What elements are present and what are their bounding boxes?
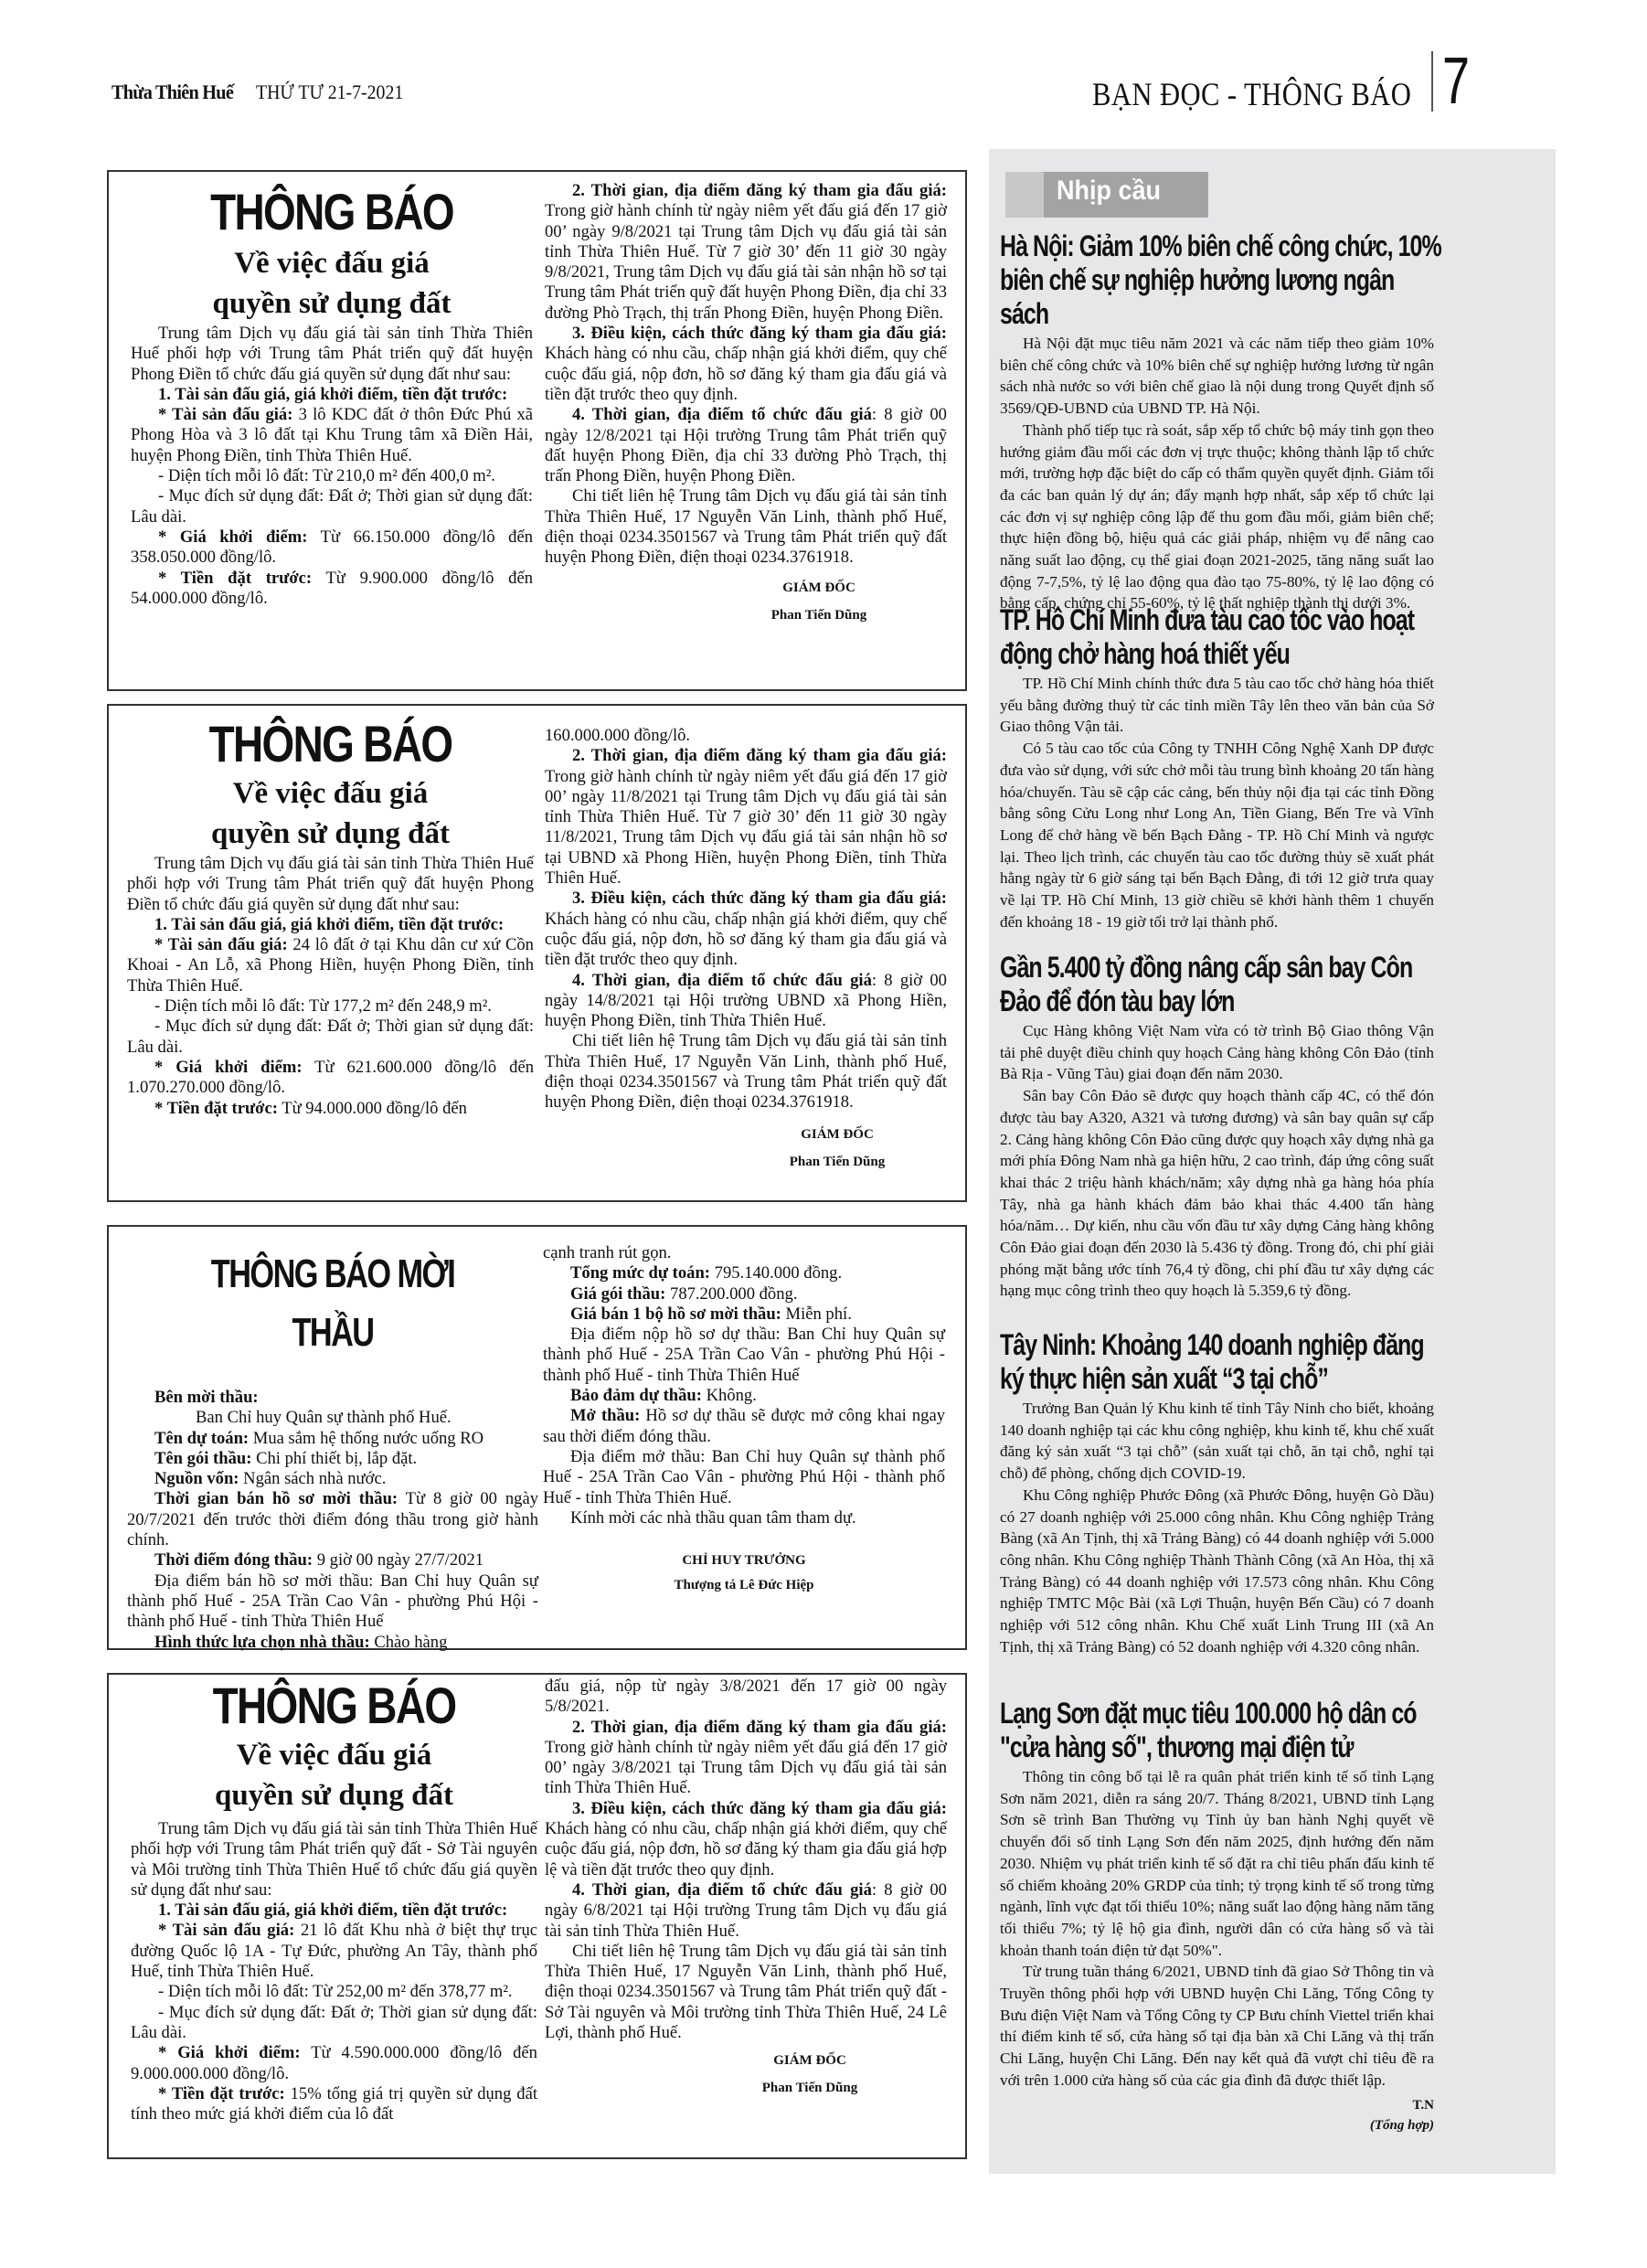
news-sidebar: Nhịp cầu Hà Nội: Giảm 10% biên chế công … — [989, 149, 1556, 2174]
inviter-value: Ban Chỉ huy Quân sự thành phố Huế. — [127, 1408, 538, 1428]
document-price: Giá bán 1 bộ hồ sơ mời thầu: Miễn phí. — [543, 1304, 945, 1325]
notice-subtitle: Về việc đấu giá — [131, 243, 533, 283]
contact-paragraph: Chi tiết liên hệ Trung tâm Dịch vụ đấu g… — [545, 486, 947, 568]
page-header: Thừa Thiên Huế THỨ TƯ 21-7-2021 BẠN ĐỌC … — [0, 0, 1647, 119]
notice-subtitle: Về việc đấu giá — [131, 1735, 537, 1775]
signature-block: GIÁM ĐỐC Phan Tiến Dũng — [545, 2047, 947, 2102]
registration-paragraph: 2. Thời gian, địa điểm đăng ký tham gia … — [545, 181, 947, 324]
intro-paragraph: Trung tâm Dịch vụ đấu giá tài sản tỉnh T… — [127, 854, 534, 915]
notice-auction-1: THÔNG BÁO Về việc đấu giá quyền sử dụng … — [107, 170, 967, 691]
news-article: Tây Ninh: Khoảng 140 doanh nghiệp đăng k… — [1000, 1328, 1434, 1657]
notice-tender: THÔNG BÁO MỜI THẦU Bên mời thầu: Ban Chỉ… — [107, 1225, 967, 1650]
section-tag-label: Nhịp cầu — [1057, 176, 1161, 207]
contact-paragraph: Chi tiết liên hệ Trung tâm Dịch vụ đấu g… — [545, 1031, 947, 1113]
author: T.N — [1000, 2095, 1434, 2115]
notice-title: THÔNG BÁO — [167, 1677, 501, 1735]
start-price-paragraph: * Giá khởi điểm: Từ 621.600.000 đồng/lô … — [127, 1058, 534, 1099]
article-paragraph: Thành phố tiếp tục rà soát, sắp xếp tổ c… — [1000, 420, 1434, 614]
signature-block: GIÁM ĐỐC Phan Tiến Dũng — [545, 1121, 947, 1176]
notice-subtitle: quyền sử dụng đất — [131, 1775, 537, 1815]
notice-2-right-column: 160.000.000 đồng/lô. 2. Thời gian, địa đ… — [545, 726, 947, 1176]
conditions-paragraph: 3. Điều kiện, cách thức đăng ký tham gia… — [545, 324, 947, 405]
inviter-label: Bên mời thầu: — [127, 1388, 538, 1408]
tender-title: THÔNG BÁO MỜI THẦU — [173, 1245, 494, 1362]
news-article: Gần 5.400 tỷ đồng nâng cấp sân bay Côn Đ… — [1000, 951, 1434, 1302]
registration-paragraph: 2. Thời gian, địa điểm đăng ký tham gia … — [545, 746, 947, 889]
section-heading: 1. Tài sản đấu giá, giá khởi điểm, tiền … — [131, 1901, 537, 1921]
deposit-continued: 160.000.000 đồng/lô. — [545, 726, 947, 746]
deposit-paragraph: * Tiền đặt trước: Từ 9.900.000 đồng/lô đ… — [131, 569, 533, 610]
article-paragraph: Khu Công nghiệp Phước Đông (xã Phước Đôn… — [1000, 1485, 1434, 1658]
article-headline: TP. Hồ Chí Minh đưa tàu cao tốc vào hoạt… — [1000, 603, 1442, 671]
bid-opening: Mở thầu: Hồ sơ dự thầu sẽ được mở công k… — [543, 1406, 945, 1447]
news-article: TP. Hồ Chí Minh đưa tàu cao tốc vào hoạt… — [1000, 603, 1434, 932]
article-paragraph: Hà Nội đặt mục tiêu năm 2021 và các năm … — [1000, 333, 1434, 420]
notice-subtitle: quyền sử dụng đất — [127, 814, 534, 854]
deposit-continued: đấu giá, nộp từ ngày 3/8/2021 đến 17 giờ… — [545, 1677, 947, 1718]
article-paragraph: Từ trung tuần tháng 6/2021, UBND tỉnh đã… — [1000, 1961, 1434, 2091]
contact-paragraph: Chi tiết liên hệ Trung tâm Dịch vụ đấu g… — [545, 1942, 947, 2043]
source-note: (Tổng hợp) — [1000, 2115, 1434, 2135]
bid-guarantee: Bảo đảm dự thầu: Không. — [543, 1386, 945, 1406]
notice-2-left-column: THÔNG BÁO Về việc đấu giá quyền sử dụng … — [127, 715, 534, 1119]
tender-left-column: THÔNG BÁO MỜI THẦU Bên mời thầu: Ban Chỉ… — [127, 1245, 538, 1653]
section-tag: Nhịp cầu — [1005, 172, 1208, 218]
notice-title: THÔNG BÁO — [164, 715, 497, 773]
package-name: Tên gói thầu: Chi phí thiết bị, lắp đặt. — [127, 1449, 538, 1469]
notice-1-right-column: 2. Thời gian, địa điểm đăng ký tham gia … — [545, 181, 947, 629]
submit-place: Địa điểm nộp hồ sơ dự thầu: Ban Chỉ huy … — [543, 1325, 945, 1386]
asset-paragraph: * Tài sản đấu giá: 3 lô KDC đất ở thôn Đ… — [131, 405, 533, 466]
article-paragraph: Cục Hàng không Việt Nam vừa có tờ trình … — [1000, 1020, 1434, 1085]
signature-block: GIÁM ĐỐC Phan Tiến Dũng — [545, 574, 947, 629]
sale-time: Thời gian bán hồ sơ mời thầu: Từ 8 giờ 0… — [127, 1489, 538, 1550]
start-price-paragraph: * Giá khởi điểm: Từ 66.150.000 đồng/lô đ… — [131, 527, 533, 569]
asset-paragraph: * Tài sản đấu giá: 24 lô đất ở tại Khu d… — [127, 935, 534, 996]
signer-name: Phan Tiến Dũng — [728, 1148, 947, 1176]
signer-title: GIÁM ĐỐC — [673, 2047, 947, 2074]
auction-time-paragraph: 4. Thời gian, địa điểm tổ chức đấu giá: … — [545, 971, 947, 1032]
signer-name: Thượng tá Lê Đức Hiệp — [543, 1574, 945, 1596]
purpose-paragraph: - Mục đích sử dụng đất: Đất ở; Thời gian… — [131, 486, 533, 527]
conditions-paragraph: 3. Điều kiện, cách thức đăng ký tham gia… — [545, 889, 947, 970]
article-paragraph: Sân bay Côn Đảo sẽ được quy hoạch thành … — [1000, 1085, 1434, 1302]
notice-1-left-column: THÔNG BÁO Về việc đấu giá quyền sử dụng … — [131, 183, 533, 609]
purpose-paragraph: - Mục đích sử dụng đất: Đất ở; Thời gian… — [131, 2003, 537, 2044]
tender-right-column: cạnh tranh rút gọn. Tổng mức dự toán: 79… — [543, 1243, 945, 1596]
notice-subtitle: Về việc đấu giá — [127, 773, 534, 814]
invitation: Kính mời các nhà thầu quan tâm tham dự. — [543, 1508, 945, 1528]
notice-title: THÔNG BÁO — [167, 183, 497, 241]
selection-method: Hình thức lựa chọn nhà thầu: Chào hàng — [127, 1633, 538, 1653]
area-paragraph: - Diện tích mỗi lô đất: Từ 252,00 m² đến… — [131, 1982, 537, 2002]
notice-3-right-column: đấu giá, nộp từ ngày 3/8/2021 đến 17 giờ… — [545, 1677, 947, 2102]
signer-title: CHỈ HUY TRƯỞNG — [543, 1547, 945, 1574]
start-price-paragraph: * Giá khởi điểm: Từ 4.590.000.000 đồng/l… — [131, 2043, 537, 2084]
intro-paragraph: Trung tâm Dịch vụ đấu giá tài sản tỉnh T… — [131, 1819, 537, 1901]
close-time: Thời điểm đóng thầu: 9 giờ 00 ngày 27/7/… — [127, 1550, 538, 1571]
header-divider — [1431, 51, 1433, 112]
deposit-paragraph: * Tiền đặt trước: 15% tổng giá trị quyền… — [131, 2084, 537, 2125]
article-paragraph: Có 5 tàu cao tốc của Công ty TNHH Công N… — [1000, 738, 1434, 932]
section-heading: 1. Tài sản đấu giá, giá khởi điểm, tiền … — [127, 915, 534, 935]
section-title: BẠN ĐỌC - THÔNG BÁO — [1092, 75, 1411, 113]
registration-paragraph: 2. Thời gian, địa điểm đăng ký tham gia … — [545, 1718, 947, 1799]
area-paragraph: - Diện tích mỗi lô đất: Từ 210,0 m² đến … — [131, 466, 533, 486]
opening-place: Địa điểm mở thầu: Ban Chỉ huy Quân sự th… — [543, 1447, 945, 1508]
article-paragraph: Trưởng Ban Quản lý Khu kinh tế tỉnh Tây … — [1000, 1398, 1434, 1485]
signer-name: Phan Tiến Dũng — [673, 2074, 947, 2102]
signature-block: CHỈ HUY TRƯỞNG Thượng tá Lê Đức Hiệp — [543, 1547, 945, 1596]
article-headline: Gần 5.400 tỷ đồng nâng cấp sân bay Côn Đ… — [1000, 951, 1442, 1018]
issue-date: THỨ TƯ 21-7-2021 — [256, 80, 403, 104]
paper-name: Thừa Thiên Huế — [112, 80, 233, 104]
article-credit: T.N (Tổng hợp) — [1000, 2095, 1434, 2135]
notice-auction-2: THÔNG BÁO Về việc đấu giá quyền sử dụng … — [107, 704, 967, 1202]
article-headline: Lạng Sơn đặt mục tiêu 100.000 hộ dân có … — [1000, 1697, 1442, 1764]
article-paragraph: Thông tin công bố tại lễ ra quân phát tr… — [1000, 1766, 1434, 1961]
area-paragraph: - Diện tích mỗi lô đất: Từ 177,2 m² đến … — [127, 996, 534, 1017]
deposit-paragraph: * Tiền đặt trước: Từ 94.000.000 đồng/lô … — [127, 1099, 534, 1119]
section-heading: 1. Tài sản đấu giá, giá khởi điểm, tiền … — [131, 385, 533, 405]
notice-subtitle: quyền sử dụng đất — [131, 283, 533, 324]
article-paragraph: TP. Hồ Chí Minh chính thức đưa 5 tàu cao… — [1000, 673, 1434, 738]
conditions-paragraph: 3. Điều kiện, cách thức đăng ký tham gia… — [545, 1799, 947, 1880]
estimate-name: Tên dự toán: Mua sắm hệ thống nước uống … — [127, 1429, 538, 1449]
notice-auction-3: THÔNG BÁO Về việc đấu giá quyền sử dụng … — [107, 1673, 967, 2159]
auction-time-paragraph: 4. Thời gian, địa điểm tổ chức đấu giá: … — [545, 405, 947, 486]
signer-name: Phan Tiến Dũng — [691, 602, 947, 629]
asset-paragraph: * Tài sản đấu giá: 21 lô đất Khu nhà ở b… — [131, 1921, 537, 1982]
article-headline: Hà Nội: Giảm 10% biên chế công chức, 10%… — [1000, 229, 1442, 331]
news-article: Hà Nội: Giảm 10% biên chế công chức, 10%… — [1000, 229, 1434, 614]
article-headline: Tây Ninh: Khoảng 140 doanh nghiệp đăng k… — [1000, 1328, 1442, 1396]
method-continued: cạnh tranh rút gọn. — [543, 1243, 945, 1263]
fund-source: Nguồn vốn: Ngân sách nhà nước. — [127, 1469, 538, 1489]
purpose-paragraph: - Mục đích sử dụng đất: Đất ở; Thời gian… — [127, 1017, 534, 1058]
auction-time-paragraph: 4. Thời gian, địa điểm tổ chức đấu giá: … — [545, 1880, 947, 1942]
page-number: 7 — [1442, 44, 1470, 119]
signer-title: GIÁM ĐỐC — [728, 1121, 947, 1148]
tag-stripe — [1005, 172, 1044, 218]
sale-place: Địa điểm bán hồ sơ mời thầu: Ban Chỉ huy… — [127, 1571, 538, 1633]
news-article: Lạng Sơn đặt mục tiêu 100.000 hộ dân có … — [1000, 1697, 1434, 2135]
signer-title: GIÁM ĐỐC — [691, 574, 947, 602]
package-price: Giá gói thầu: 787.200.000 đồng. — [543, 1284, 945, 1304]
notice-3-left-column: THÔNG BÁO Về việc đấu giá quyền sử dụng … — [131, 1677, 537, 2124]
total-estimate: Tổng mức dự toán: 795.140.000 đồng. — [543, 1263, 945, 1283]
intro-paragraph: Trung tâm Dịch vụ đấu giá tài sản tỉnh T… — [131, 324, 533, 385]
